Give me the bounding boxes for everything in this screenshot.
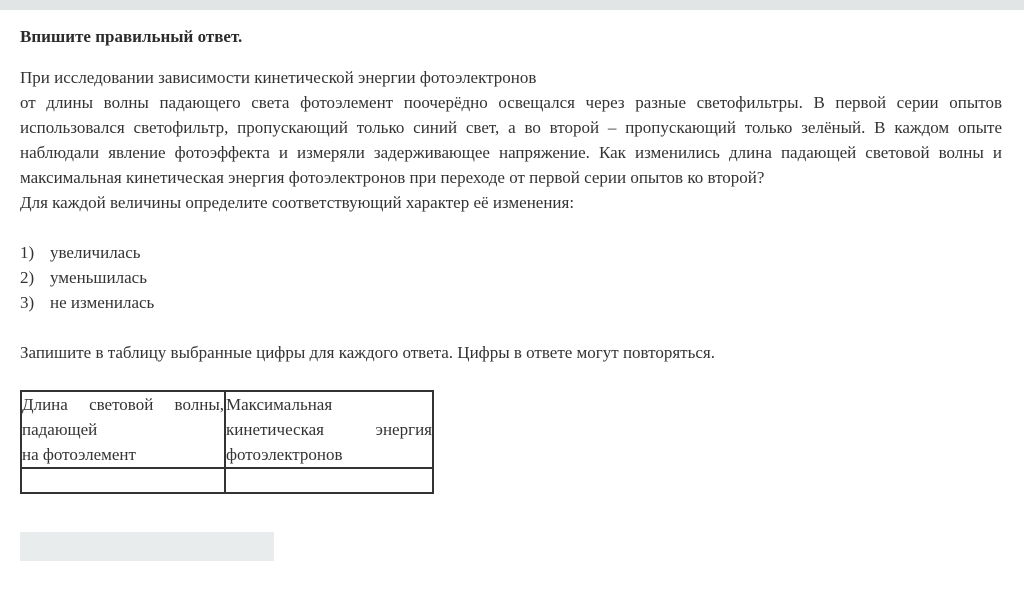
option-number: 2) xyxy=(20,265,50,290)
task-content: Впишите правильный ответ. При исследован… xyxy=(20,24,1002,365)
header-line: падающей xyxy=(22,417,224,442)
task-instruction: Впишите правильный ответ. xyxy=(20,24,1002,49)
options-list: 1) увеличилась 2) уменьшилась 3) не изме… xyxy=(20,240,1002,315)
write-note: Запишите в таблицу выбранные цифры для к… xyxy=(20,340,1002,365)
question-last-line: Для каждой величины определите соответст… xyxy=(20,190,1002,215)
answer-cell-wavelength[interactable] xyxy=(21,468,225,493)
answer-table-answer-row xyxy=(21,468,433,493)
option-item: 2) уменьшилась xyxy=(20,265,1002,290)
question-body: от длины волны падающего света фотоэлеме… xyxy=(20,90,1002,190)
answer-table: Длина световой волны, падающей на фотоэл… xyxy=(20,390,434,494)
option-number: 1) xyxy=(20,240,50,265)
option-item: 3) не изменилась xyxy=(20,290,1002,315)
option-item: 1) увеличилась xyxy=(20,240,1002,265)
header-wavelength: Длина световой волны, падающей на фотоэл… xyxy=(21,391,225,468)
header-line: на фотоэлемент xyxy=(22,442,224,467)
header-line: кинетическая энергия xyxy=(226,417,432,442)
option-label: не изменилась xyxy=(50,290,154,315)
question-text: При исследовании зависимости кинетическо… xyxy=(20,65,1002,215)
question-first-line: При исследовании зависимости кинетическо… xyxy=(20,65,1002,90)
answer-input[interactable] xyxy=(20,532,274,561)
top-bar xyxy=(0,0,1024,10)
option-label: уменьшилась xyxy=(50,265,147,290)
header-line: фотоэлектронов xyxy=(226,442,432,467)
answer-cell-kinetic-energy[interactable] xyxy=(225,468,433,493)
option-number: 3) xyxy=(20,290,50,315)
answer-table-header-row: Длина световой волны, падающей на фотоэл… xyxy=(21,391,433,468)
option-label: увеличилась xyxy=(50,240,141,265)
header-max-kinetic-energy: Максимальная кинетическая энергия фотоэл… xyxy=(225,391,433,468)
header-line: Длина световой волны, xyxy=(22,392,224,417)
header-line: Максимальная xyxy=(226,392,432,417)
